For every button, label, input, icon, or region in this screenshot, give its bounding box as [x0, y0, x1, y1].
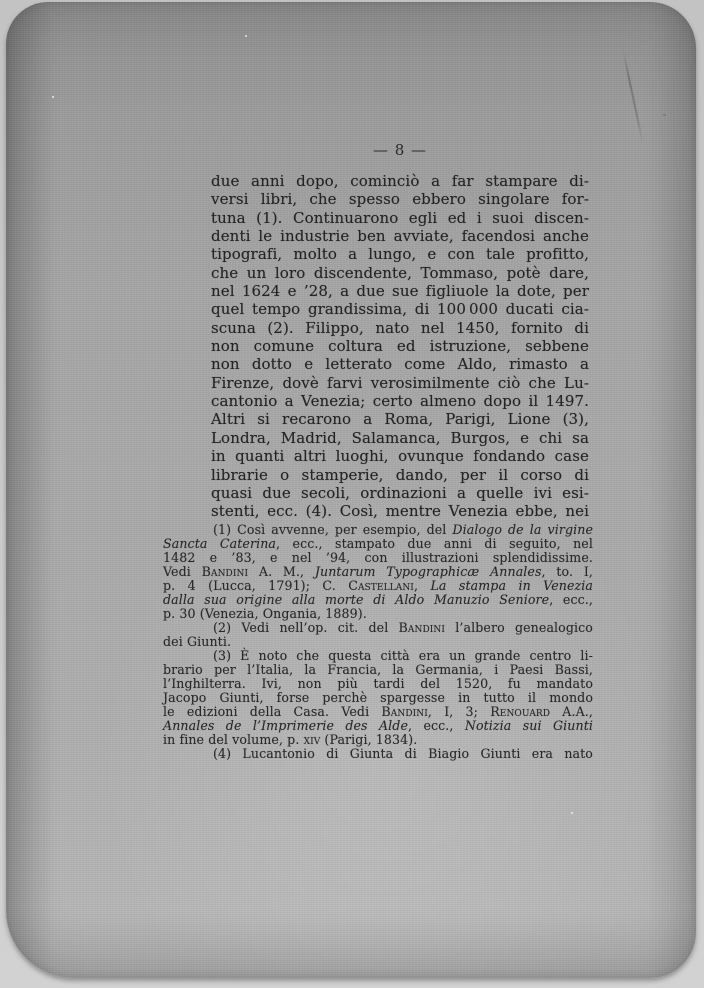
paper-sheet: — 8 — due anni dopo, cominciò a far stam…	[6, 2, 696, 978]
text-line: dalla sua origine alla morte di Aldo Man…	[163, 593, 593, 607]
text-line: Londra, Madrid, Salamanca, Burgos, e chi…	[211, 429, 589, 447]
text-line: Firenze, dovè farvi verosimilmente ciò c…	[211, 374, 589, 392]
text-line: scuna (2). Filippo, nato nel 1450, forni…	[211, 319, 589, 337]
footnotes-block: (1) Così avvenne, per esempio, del Dialo…	[163, 523, 593, 761]
text-line: Annales de l’Imprimerie des Alde, ecc., …	[163, 719, 593, 733]
text-line: Jacopo Giunti, forse perchè spargesse in…	[163, 691, 593, 705]
body-text: due anni dopo, cominciò a far stampare d…	[211, 172, 589, 521]
text-line: non comune coltura ed istruzione, sebben…	[211, 337, 589, 355]
text-line: p. 30 (Venezia, Ongania, 1889).	[163, 607, 593, 621]
text-line: l’Inghilterra. Ivi, non più tardi del 15…	[163, 677, 593, 691]
paper-speck	[663, 114, 666, 116]
text-line: cantonio a Venezia; certo almeno dopo il…	[211, 392, 589, 410]
text-line: dei Giunti.	[163, 635, 593, 649]
text-line: brario per l’Italia, la Francia, la Germ…	[163, 663, 593, 677]
text-line: Vedi Bandini A. M., Juntarum Typographic…	[163, 565, 593, 579]
text-line: librarie o stamperie, dando, per il cors…	[211, 466, 589, 484]
paper-speck	[245, 35, 247, 37]
text-line: le edizioni della Casa. Vedi Bandini, I,…	[163, 705, 593, 719]
text-line: versi libri, che spesso ebbero singolare…	[211, 190, 589, 208]
text-line: (2) Vedi nell’op. cit. del Bandini l’alb…	[163, 621, 593, 635]
text-line: tuna (1). Continuarono egli ed i suoi di…	[211, 209, 589, 227]
paper-speck	[571, 812, 573, 814]
text-line: tipografi, molto a lungo, e con tale pro…	[211, 245, 589, 263]
text-line: quel tempo grandissima, di 100 000 ducat…	[211, 300, 589, 318]
text-line: non dotto e letterato come Aldo, rimasto…	[211, 355, 589, 373]
page-number: — 8 —	[211, 141, 589, 159]
text-line: nel 1624 e ’28, a due sue figliuole la d…	[211, 282, 589, 300]
text-line: Altri si recarono a Roma, Parigi, Lione …	[211, 410, 589, 428]
scan-scratch-mark	[622, 50, 643, 144]
text-line: due anni dopo, cominciò a far stampare d…	[211, 172, 589, 190]
text-line: Sancta Caterina, ecc., stampato due anni…	[163, 537, 593, 551]
paper-speck	[52, 96, 54, 98]
text-line: stenti, ecc. (4). Così, mentre Venezia e…	[211, 502, 589, 520]
scanned-book-page: — 8 — due anni dopo, cominciò a far stam…	[0, 0, 704, 988]
text-line: p. 4 (Lucca, 1791); C. Castellani, La st…	[163, 579, 593, 593]
text-line: (4) Lucantonio di Giunta di Biagio Giunt…	[163, 747, 593, 761]
text-line: in quanti altri luoghi, ovunque fondando…	[211, 447, 589, 465]
text-line: (3) È noto che questa città era un grand…	[163, 649, 593, 663]
text-line: (1) Così avvenne, per esempio, del Dialo…	[163, 523, 593, 537]
text-line: quasi due secoli, ordinazioni a quelle i…	[211, 484, 589, 502]
text-line: 1482 e ’83, e nel ’94, con illustrazioni…	[163, 551, 593, 565]
text-line: in fine del volume, p. xiv (Parigi, 1834…	[163, 733, 593, 747]
text-line: che un loro discendente, Tommaso, potè d…	[211, 264, 589, 282]
text-line: denti le industrie ben avviate, facendos…	[211, 227, 589, 245]
